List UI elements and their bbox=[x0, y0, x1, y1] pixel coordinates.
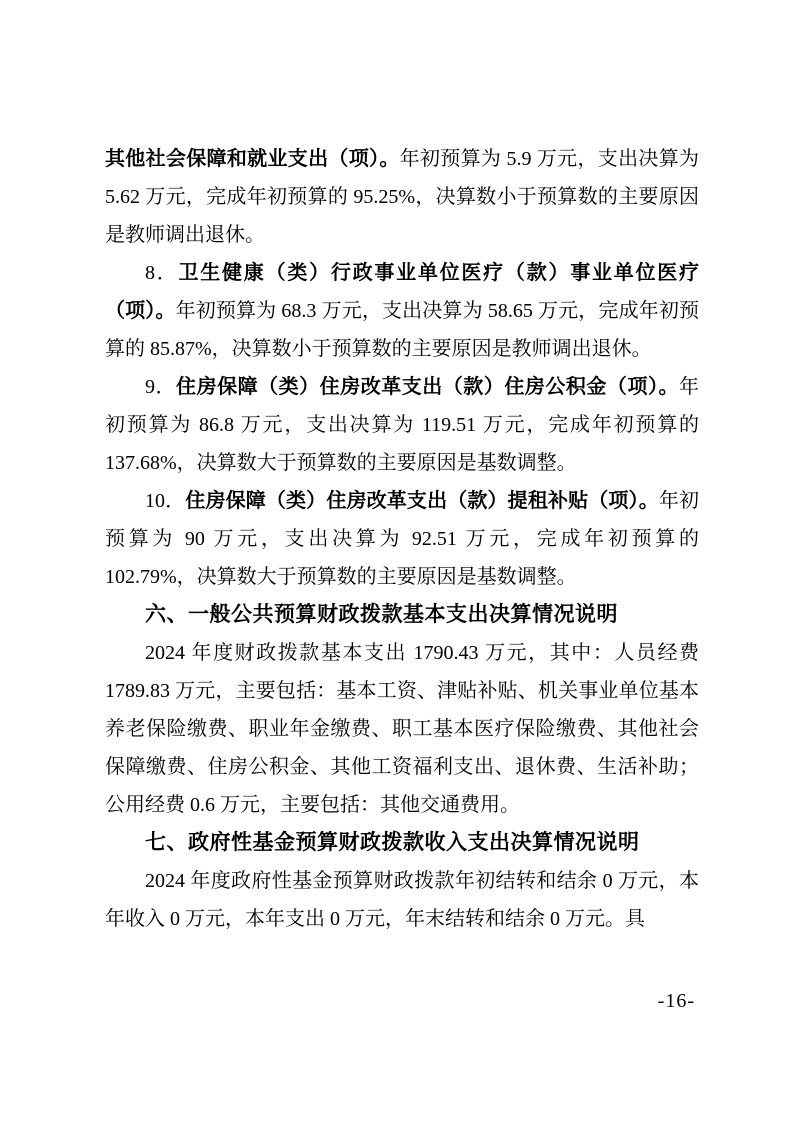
text-segment-bold: 住房保障（类）住房改革支出（款）住房公积金（项）。 bbox=[176, 376, 679, 398]
section-heading: 七、政府性基金预算财政拨款收入支出决算情况说明 bbox=[105, 824, 699, 862]
text-segment-bold: 其他社会保障和就业支出（项）。 bbox=[105, 148, 400, 170]
text-segment: 9． bbox=[145, 376, 176, 398]
paragraph: 2024 年度财政拨款基本支出 1790.43 万元，其中：人员经费 1789.… bbox=[105, 634, 699, 824]
text-segment: 8． bbox=[145, 262, 179, 284]
paragraph: 8．卫生健康（类）行政事业单位医疗（款）事业单位医疗（项）。年初预算为 68.3… bbox=[105, 254, 699, 368]
page-number: -16- bbox=[658, 990, 695, 1012]
text-segment: 年初预算为 68.3 万元，支出决算为 58.65 万元，完成年初预算的 85.… bbox=[105, 300, 699, 360]
text-segment: 10． bbox=[145, 490, 185, 512]
text-segment-bold: 七、政府性基金预算财政拨款收入支出决算情况说明 bbox=[145, 831, 640, 854]
paragraph: 9．住房保障（类）住房改革支出（款）住房公积金（项）。年初预算为 86.8 万元… bbox=[105, 368, 699, 482]
document-body: 其他社会保障和就业支出（项）。年初预算为 5.9 万元，支出决算为 5.62 万… bbox=[105, 140, 699, 938]
text-segment-bold: 六、一般公共预算财政拨款基本支出决算情况说明 bbox=[145, 603, 618, 626]
text-segment: 2024 年度财政拨款基本支出 1790.43 万元，其中：人员经费 1789.… bbox=[105, 642, 699, 816]
paragraph: 2024 年度政府性基金预算财政拨款年初结转和结余 0 万元，本年收入 0 万元… bbox=[105, 862, 699, 938]
text-segment: 2024 年度政府性基金预算财政拨款年初结转和结余 0 万元，本年收入 0 万元… bbox=[105, 870, 699, 930]
paragraph: 10．住房保障（类）住房改革支出（款）提租补贴（项）。年初预算为 90 万元，支… bbox=[105, 482, 699, 596]
paragraph: 其他社会保障和就业支出（项）。年初预算为 5.9 万元，支出决算为 5.62 万… bbox=[105, 140, 699, 254]
text-segment-bold: 住房保障（类）住房改革支出（款）提租补贴（项）。 bbox=[185, 490, 659, 512]
section-heading: 六、一般公共预算财政拨款基本支出决算情况说明 bbox=[105, 596, 699, 634]
document-page: 其他社会保障和就业支出（项）。年初预算为 5.9 万元，支出决算为 5.62 万… bbox=[0, 0, 793, 1122]
